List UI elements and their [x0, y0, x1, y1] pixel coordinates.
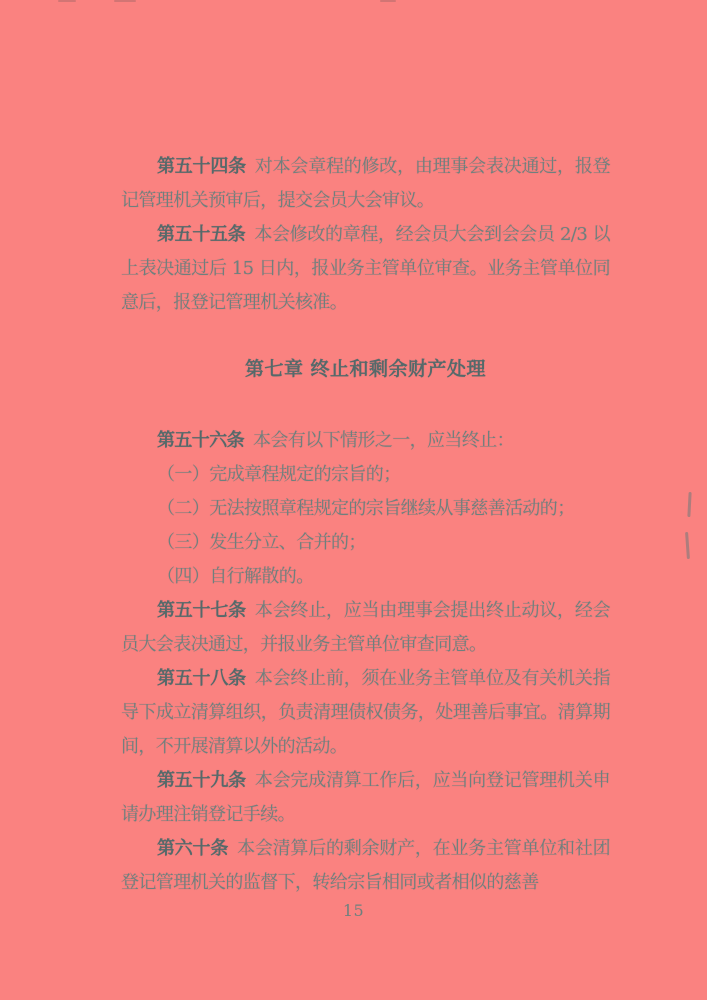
article-58: 第五十八条本会终止前，须在业务主管单位及有关机关指导下成立清算组织，负责清理债权…: [121, 662, 610, 764]
scan-smudge: [58, 0, 76, 2]
page-number: 15: [0, 901, 707, 920]
article-55: 第五十五条本会修改的章程，经会员大会到会会员 2/3 以上表决通过后 15 日内…: [121, 218, 610, 320]
scan-smudge: [114, 0, 136, 2]
document-body: 第五十四条对本会章程的修改，由理事会表决通过，报登记管理机关预审后，提交会员大会…: [121, 150, 610, 900]
article-number: 第五十五条: [157, 224, 245, 245]
article-54: 第五十四条对本会章程的修改，由理事会表决通过，报登记管理机关预审后，提交会员大会…: [121, 150, 610, 218]
scan-artifact: [687, 492, 691, 517]
article-number: 第五十六条: [157, 430, 244, 451]
article-number: 第五十四条: [157, 156, 246, 177]
document-page: 第五十四条对本会章程的修改，由理事会表决通过，报登记管理机关预审后，提交会员大会…: [0, 0, 707, 1000]
article-number: 第五十八条: [157, 668, 246, 689]
item-1: （一）完成章程规定的宗旨的；: [121, 458, 610, 492]
article-59: 第五十九条本会完成清算工作后，应当向登记管理机关申请办理注销登记手续。: [121, 764, 610, 832]
article-number: 第五十七条: [157, 600, 246, 621]
article-60: 第六十条本会清算后的剩余财产，在业务主管单位和社团登记管理机关的监督下，转给宗旨…: [121, 832, 610, 900]
scan-smudge: [380, 0, 396, 2]
item-3: （三）发生分立、合并的；: [121, 526, 610, 560]
chapter-7-heading: 第七章 终止和剩余财产处理: [121, 352, 610, 386]
scan-artifact: [685, 532, 690, 559]
article-number: 第六十条: [157, 838, 228, 859]
article-57: 第五十七条本会终止，应当由理事会提出终止动议，经会员大会表决通过，并报业务主管单…: [121, 594, 610, 662]
article-number: 第五十九条: [157, 770, 246, 791]
item-2: （二）无法按照章程规定的宗旨继续从事慈善活动的；: [121, 492, 610, 526]
article-56: 第五十六条本会有以下情形之一，应当终止：: [121, 424, 610, 458]
item-4: （四）自行解散的。: [121, 560, 610, 594]
